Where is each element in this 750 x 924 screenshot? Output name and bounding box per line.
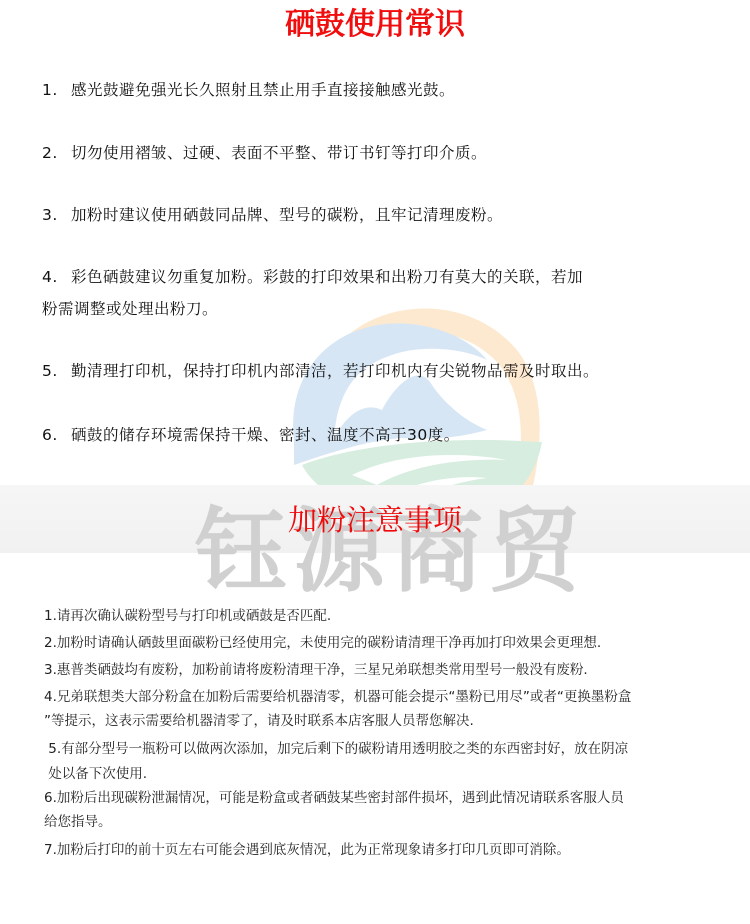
tip-number: 4. bbox=[42, 262, 71, 292]
section2-title: 加粉注意事项 bbox=[0, 500, 750, 540]
tip-text: 感光鼓避免强光长久照射且禁止用手直接接触感光鼓。 bbox=[71, 81, 455, 99]
usage-tip-4-continued: 粉需调整或处理出粉刀。 bbox=[42, 294, 692, 324]
usage-tip-1: 1.感光鼓避免强光长久照射且禁止用手直接接触感光鼓。 bbox=[42, 75, 692, 105]
usage-tip-4: 4.彩色硒鼓建议勿重复加粉。彩鼓的打印效果和出粉刀有莫大的关联，若加 bbox=[42, 262, 692, 292]
usage-tip-6: 6.硒鼓的储存环境需保持干燥、密封、温度不高于30度。 bbox=[42, 420, 692, 450]
refill-note-4: 4.兄弟联想类大部分粉盒在加粉后需要给机器清零，机器可能会提示“墨粉已用尽”或者… bbox=[44, 685, 724, 709]
refill-note-7: 7.加粉后打印的前十页左右可能会遇到底灰情况，此为正常现象请多打印几页即可消除。 bbox=[44, 838, 724, 862]
tip-text: 加粉时建议使用硒鼓同品牌、型号的碳粉，且牢记清理废粉。 bbox=[71, 206, 503, 224]
refill-note-4-continued: ”等提示，这表示需要给机器清零了，请及时联系本店客服人员帮您解决. bbox=[44, 709, 724, 733]
usage-tip-3: 3.加粉时建议使用硒鼓同品牌、型号的碳粉，且牢记清理废粉。 bbox=[42, 200, 692, 230]
tip-number: 5. bbox=[42, 356, 71, 386]
refill-note-1: 1.请再次确认碳粉型号与打印机或硒鼓是否匹配. bbox=[44, 604, 724, 628]
tip-number: 2. bbox=[42, 138, 71, 168]
tip-text: 粉需调整或处理出粉刀。 bbox=[42, 300, 218, 318]
tip-number: 3. bbox=[42, 200, 71, 230]
tip-number: 6. bbox=[42, 420, 71, 450]
usage-tip-2: 2.切勿使用褶皱、过硬、表面不平整、带订书钉等打印介质。 bbox=[42, 138, 692, 168]
refill-note-5: 5.有部分型号一瓶粉可以做两次添加，加完后剩下的碳粉请用透明胶之类的东西密封好，… bbox=[44, 737, 724, 761]
usage-tip-5: 5.勤清理打印机，保持打印机内部清洁，若打印机内有尖锐物品需及时取出。 bbox=[42, 356, 692, 386]
tip-text: 勤清理打印机，保持打印机内部清洁，若打印机内有尖锐物品需及时取出。 bbox=[71, 362, 599, 380]
tip-text: 彩色硒鼓建议勿重复加粉。彩鼓的打印效果和出粉刀有莫大的关联，若加 bbox=[71, 268, 583, 286]
tip-number: 1. bbox=[42, 75, 71, 105]
section1-title: 硒鼓使用常识 bbox=[0, 4, 750, 46]
refill-note-5-continued: 处以备下次使用. bbox=[44, 762, 724, 786]
refill-note-3: 3.惠普类硒鼓均有废粉，加粉前请将废粉清理干净，三星兄弟联想类常用型号一般没有废… bbox=[44, 658, 724, 682]
tip-text: 切勿使用褶皱、过硬、表面不平整、带订书钉等打印介质。 bbox=[71, 144, 487, 162]
refill-note-2: 2.加粉时请确认硒鼓里面碳粉已经使用完，未使用完的碳粉请清理干净再加打印效果会更… bbox=[44, 631, 724, 655]
refill-note-6-continued: 给您指导。 bbox=[44, 810, 724, 834]
tip-text: 硒鼓的储存环境需保持干燥、密封、温度不高于30度。 bbox=[71, 426, 460, 444]
refill-note-6: 6.加粉后出现碳粉泄漏情况，可能是粉盒或者硒鼓某些密封部件损坏，遇到此情况请联系… bbox=[44, 786, 724, 810]
